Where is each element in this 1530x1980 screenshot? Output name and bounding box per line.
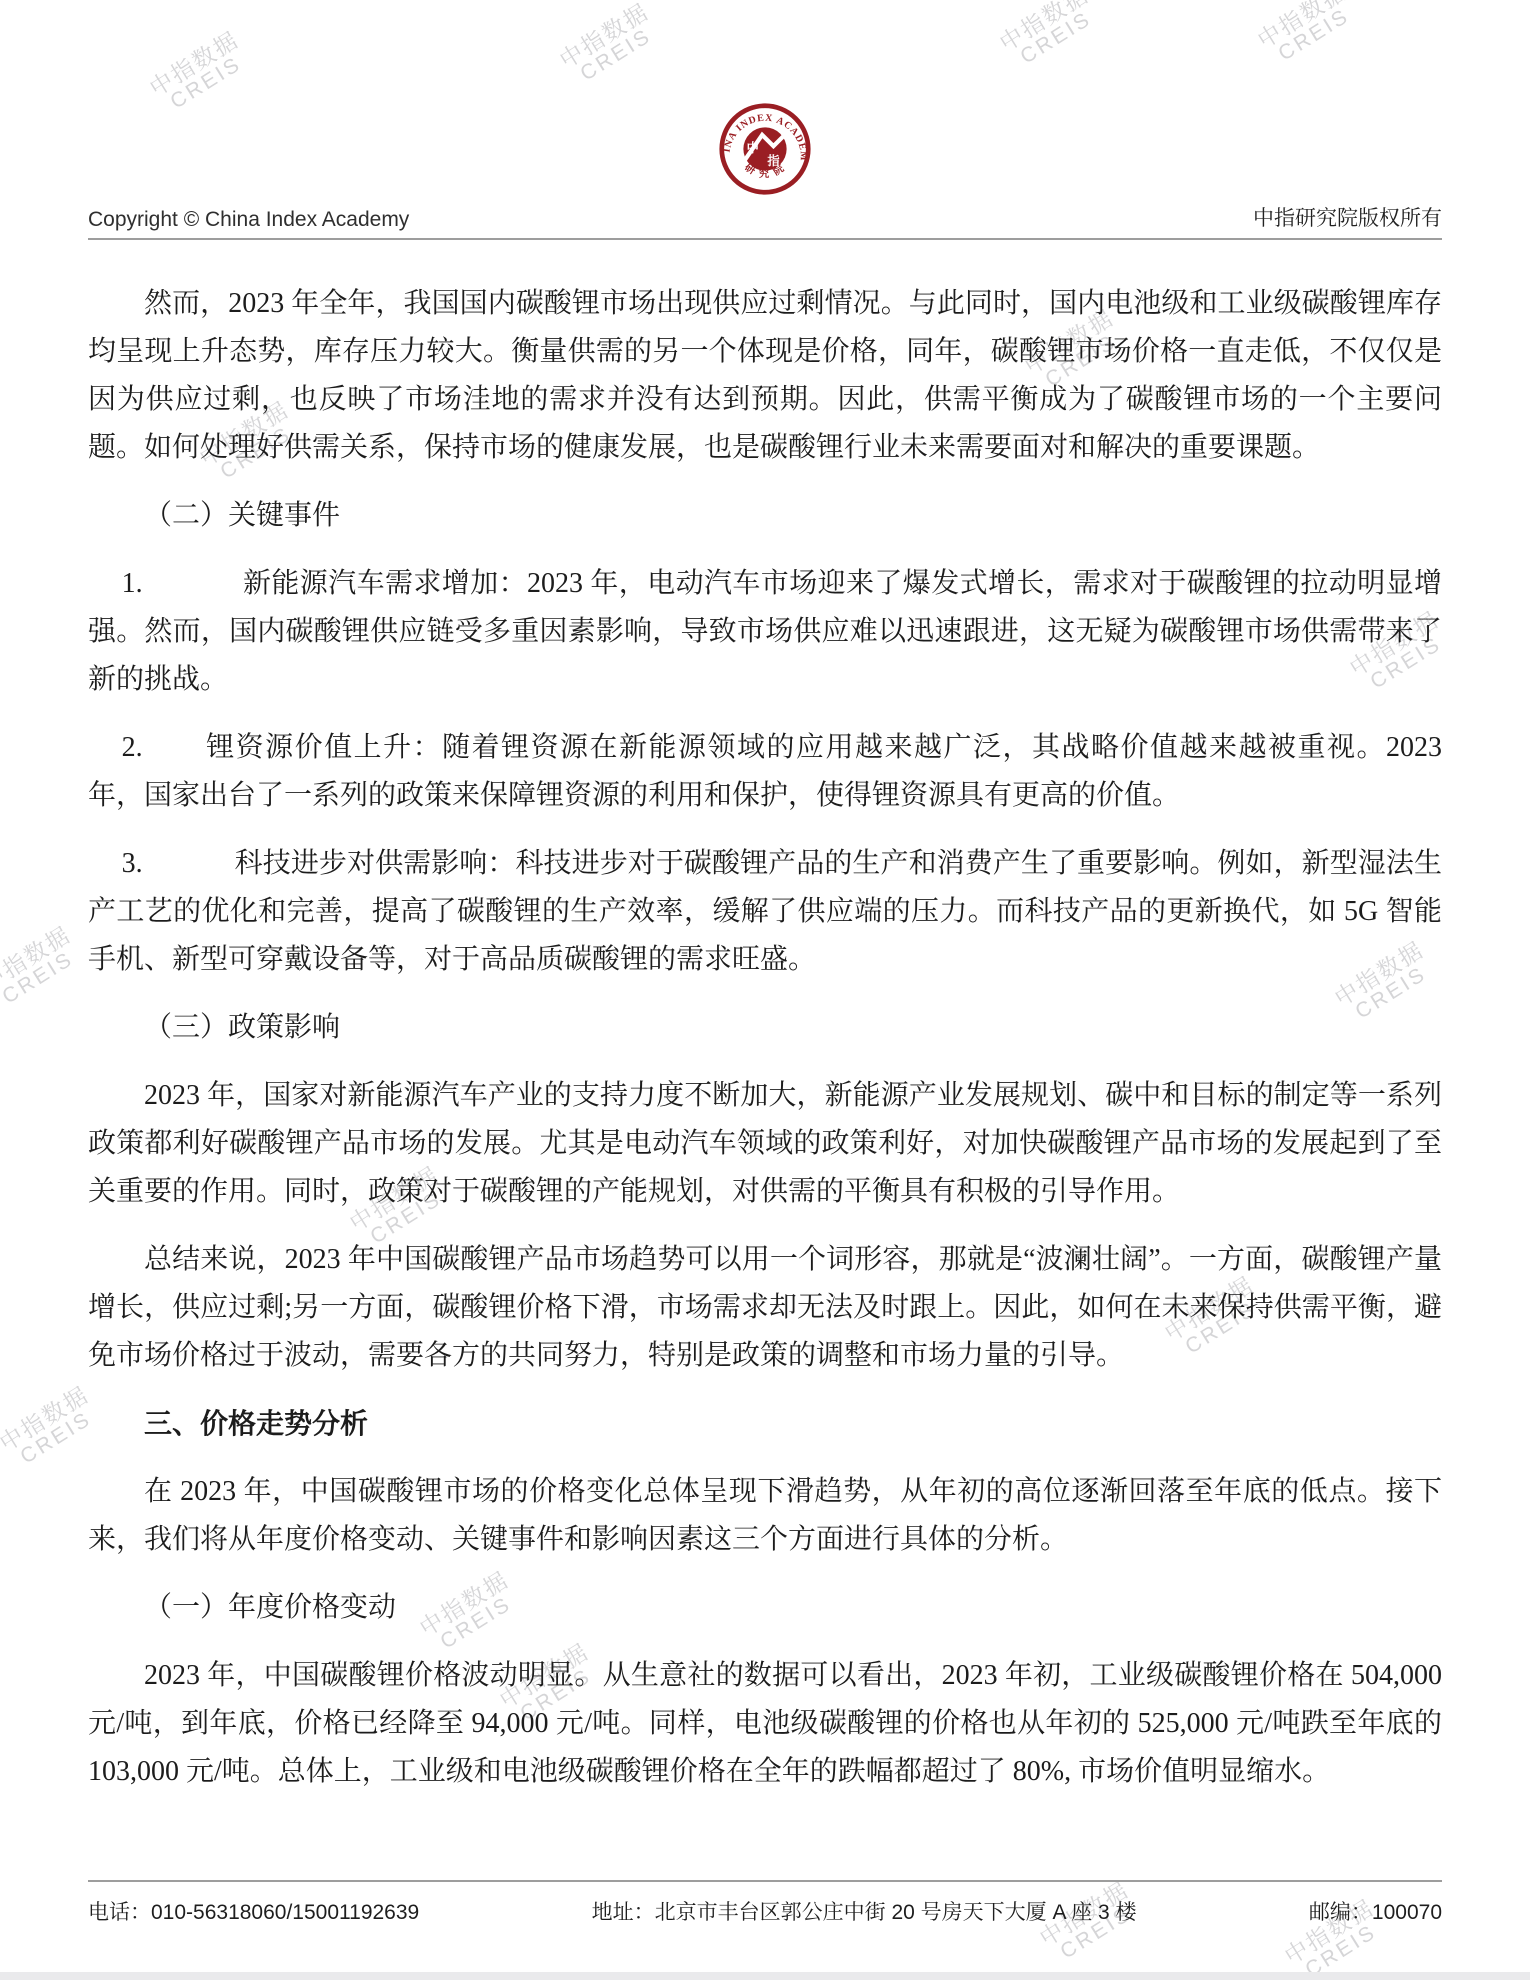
copyright-english: Copyright © China Index Academy bbox=[88, 208, 409, 232]
document-page: 中指数据CREIS 中指数据CREIS 中指数据CREIS 中指数据CREIS … bbox=[0, 0, 1530, 1980]
copyright-chinese: 中指研究院版权所有 bbox=[1253, 202, 1442, 232]
list-text: 锂资源价值上升：随着锂资源在新能源领域的应用越来越广泛，其战略价值越来越被重视。… bbox=[88, 732, 1442, 811]
paragraph-summary: 总结来说，2023 年中国碳酸锂产品市场趋势可以用一个词形容，那就是“波澜壮阔”… bbox=[88, 1236, 1442, 1380]
page-footer: 电话：010-56318060/15001192639 地址：北京市丰台区郭公庄… bbox=[88, 1880, 1442, 1926]
heading-policy-impact: （三）政策影响 bbox=[88, 1004, 1442, 1052]
heading-annual-price-change: （一）年度价格变动 bbox=[88, 1584, 1442, 1632]
list-item-1: 1.新能源汽车需求增加：2023 年，电动汽车市场迎来了爆发式增长，需求对于碳酸… bbox=[88, 560, 1442, 704]
svg-text:中: 中 bbox=[747, 140, 759, 155]
heading-key-events: （二）关键事件 bbox=[88, 492, 1442, 540]
footer-phone: 电话：010-56318060/15001192639 bbox=[88, 1896, 419, 1926]
paragraph-price-data: 2023 年，中国碳酸锂价格波动明显。从生意社的数据可以看出，2023 年初，工… bbox=[88, 1652, 1442, 1796]
logo-container: CHINA INDEX ACADEMY 研 究 院 中 指 bbox=[88, 0, 1442, 200]
list-text: 新能源汽车需求增加：2023 年，电动汽车市场迎来了爆发式增长，需求对于碳酸锂的… bbox=[88, 568, 1442, 695]
list-number: 2. bbox=[122, 732, 143, 763]
list-number: 3. bbox=[122, 848, 143, 879]
list-item-2: 2.锂资源价值上升：随着锂资源在新能源领域的应用越来越广泛，其战略价值越来越被重… bbox=[88, 724, 1442, 820]
svg-text:指: 指 bbox=[766, 153, 779, 168]
paragraph-supply-surplus: 然而，2023 年全年，我国国内碳酸锂市场出现供应过剩情况。与此同时，国内电池级… bbox=[88, 280, 1442, 472]
page-header: CHINA INDEX ACADEMY 研 究 院 中 指 Copyright … bbox=[0, 0, 1530, 240]
bottom-edge-bar bbox=[0, 1972, 1530, 1980]
heading-price-trend-analysis: 三、价格走势分析 bbox=[88, 1400, 1442, 1448]
list-item-3: 3.科技进步对供需影响：科技进步对于碳酸锂产品的生产和消费产生了重要影响。例如，… bbox=[88, 840, 1442, 984]
paragraph-policy: 2023 年，国家对新能源汽车产业的支持力度不断加大，新能源产业发展规划、碳中和… bbox=[88, 1072, 1442, 1216]
footer-postal-code: 邮编：100070 bbox=[1309, 1896, 1442, 1926]
document-body: 然而，2023 年全年，我国国内碳酸锂市场出现供应过剩情况。与此同时，国内电池级… bbox=[0, 240, 1530, 1796]
footer-address: 地址：北京市丰台区郭公庄中街 20 号房天下大厦 A 座 3 楼 bbox=[419, 1896, 1309, 1926]
list-number: 1. bbox=[122, 568, 143, 599]
copyright-row: Copyright © China Index Academy 中指研究院版权所… bbox=[88, 202, 1442, 240]
list-text: 科技进步对供需影响：科技进步对于碳酸锂产品的生产和消费产生了重要影响。例如，新型… bbox=[88, 848, 1442, 975]
china-index-academy-seal-icon: CHINA INDEX ACADEMY 研 究 院 中 指 bbox=[718, 102, 812, 196]
paragraph-price-overview: 在 2023 年，中国碳酸锂市场的价格变化总体呈现下滑趋势，从年初的高位逐渐回落… bbox=[88, 1468, 1442, 1564]
